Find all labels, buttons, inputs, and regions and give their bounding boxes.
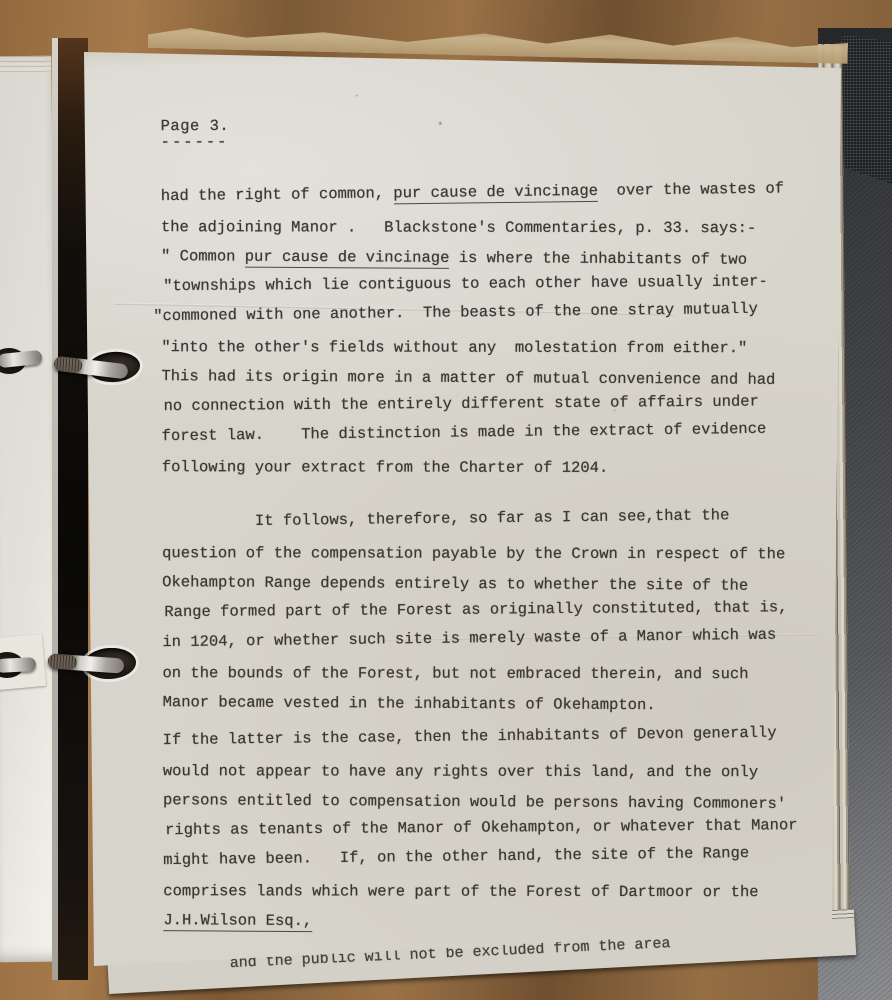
typed-text: in 1204, or whether such site is merely …	[162, 626, 776, 651]
typed-text: might have been. If, on the other hand, …	[163, 844, 749, 869]
typed-text: no connection with the entirely differen…	[164, 392, 759, 415]
typed-text: comprises lands which were part of the F…	[163, 882, 758, 901]
typed-line: following your extract from the Charter …	[162, 452, 830, 483]
underlined-text: pur cause de vincinage	[393, 182, 598, 204]
typed-text: If the latter is the case, then the inha…	[163, 724, 777, 749]
typed-text: would not appear to have any rights over…	[163, 762, 758, 781]
typed-text: Manor became vested in the inhabitants o…	[163, 693, 656, 714]
typed-body: had the right of common, pur cause de vi…	[161, 179, 832, 935]
typed-line: had the right of common, pur cause de vi…	[161, 173, 829, 211]
typed-text: on the bounds of the Forest, but not emb…	[162, 664, 748, 683]
page-number-underline: ------	[161, 135, 829, 147]
typed-content: Page 3. ------ had the right of common, …	[161, 113, 832, 935]
typed-text: forest law. The distinction is made in t…	[162, 420, 767, 445]
page-number-label: Page 3.	[161, 113, 829, 137]
typed-paragraph: If the latter is the case, then the inha…	[163, 723, 832, 935]
typed-text: rights as tenants of the Manor of Okeham…	[165, 816, 798, 839]
typed-text: " Common	[161, 247, 245, 266]
typed-line: question of the compensation payable by …	[162, 538, 830, 569]
underlined-text: J.H.Wilson Esq.,	[163, 911, 312, 932]
typed-line: on the bounds of the Forest, but not emb…	[162, 658, 830, 689]
typed-text: following your extract from the Charter …	[162, 458, 609, 477]
typed-line: If the latter is the case, then the inha…	[163, 717, 831, 755]
typed-line: Manor became vested in the inhabitants o…	[163, 687, 831, 721]
typed-text: "into the other's fields without any mol…	[161, 338, 747, 357]
typed-text: had the right of common,	[161, 184, 394, 205]
typed-text: the adjoining Manor . Blackstone's Comme…	[161, 218, 756, 237]
typed-paragraph: It follows, therefore, so far as I can s…	[162, 505, 831, 717]
typed-text: Range formed part of the Forest as origi…	[164, 598, 787, 621]
typed-text: "commoned with one another. The beasts o…	[153, 300, 758, 325]
typed-text: question of the compensation payable by …	[162, 544, 785, 563]
typed-line: the adjoining Manor . Blackstone's Comme…	[161, 212, 829, 243]
spine-gap-shadow	[52, 38, 88, 980]
typed-text: It follows, therefore, so far as I can s…	[162, 506, 730, 531]
typed-line: comprises lands which were part of the F…	[163, 876, 831, 907]
typed-line: It follows, therefore, so far as I can s…	[162, 499, 830, 537]
typed-text: This had its origin more in a matter of …	[161, 367, 775, 389]
typed-text: over the wastes of	[598, 180, 784, 200]
typed-text: Okehampton Range depends entirely as to …	[162, 573, 748, 595]
left-page-fastener-bottom	[0, 657, 36, 673]
typed-text: persons entitled to compensation would b…	[163, 791, 786, 813]
main-page: Page 3. ------ had the right of common, …	[84, 40, 842, 966]
typed-text: is where the inhabitants of two	[449, 249, 747, 269]
typed-line: would not appear to have any rights over…	[163, 756, 831, 787]
typed-paragraph: had the right of common, pur cause de vi…	[161, 179, 830, 481]
underlined-text: pur cause de vincinage	[245, 248, 450, 269]
typed-text: "townships which lie contiguous to each …	[163, 272, 768, 295]
typed-line: "into the other's fields without any mol…	[161, 332, 829, 363]
